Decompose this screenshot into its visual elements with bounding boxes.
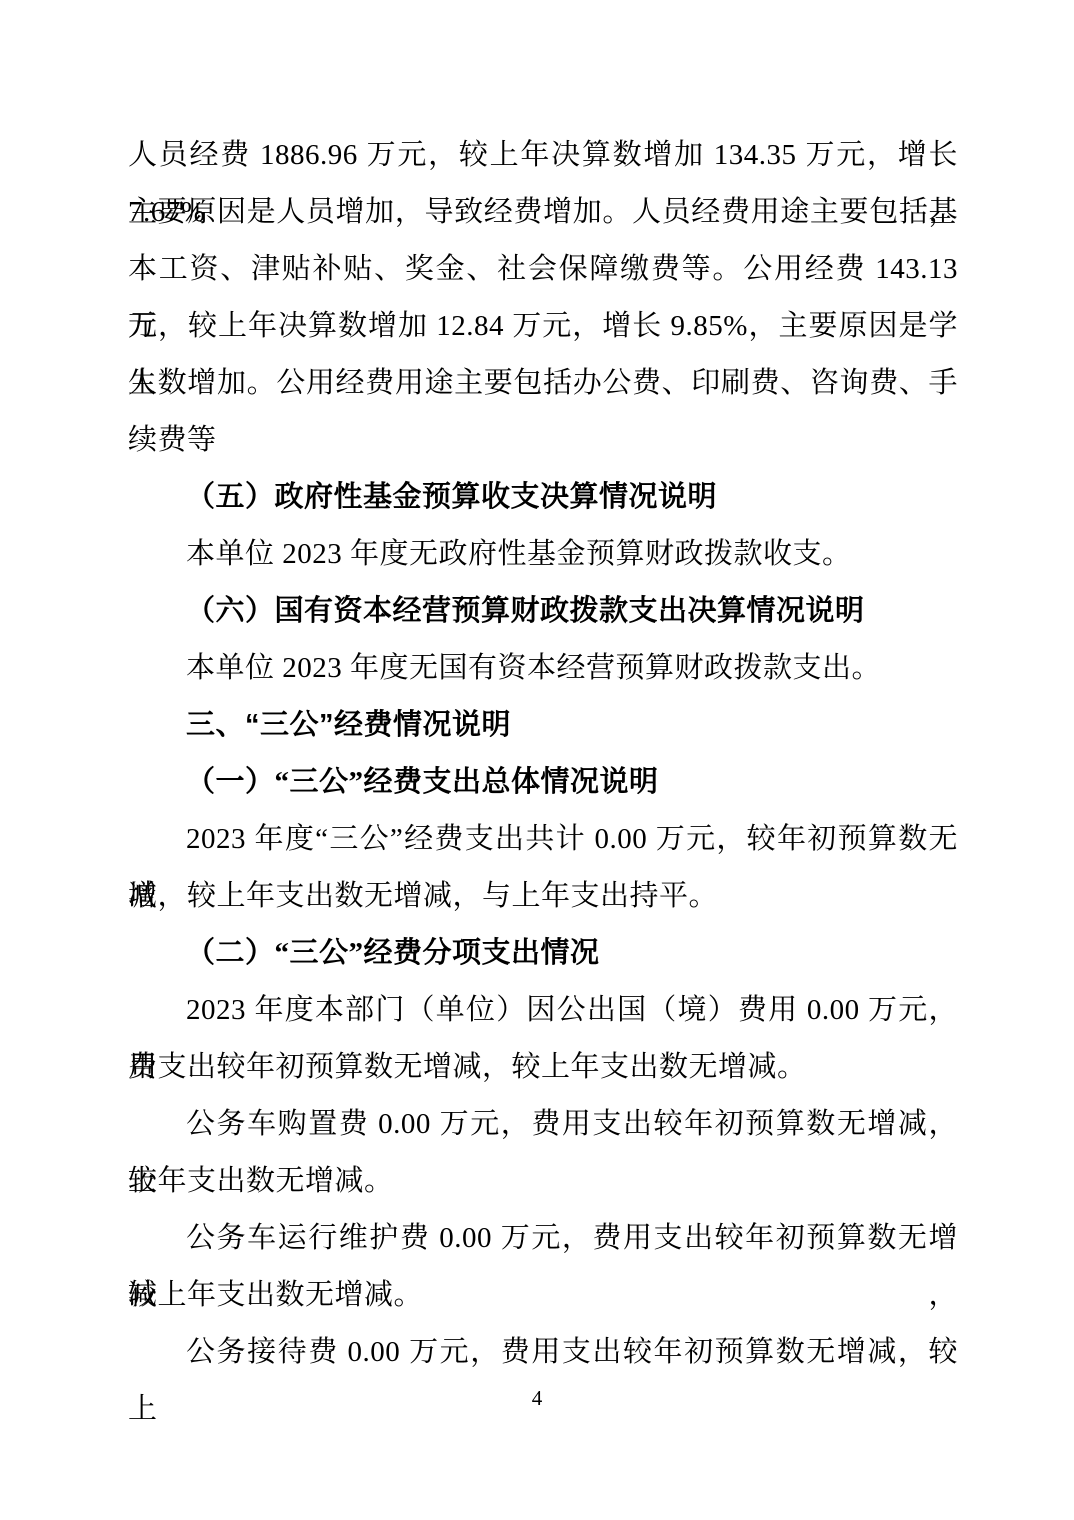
text-line: 2023 年度“三公”经费支出共计 0.00 万元，较年初预算数无增 (128, 811, 958, 868)
text-line: 公务车运行维护费 0.00 万元，费用支出较年初预算数无增减， (128, 1210, 958, 1267)
text-block: 人员经费 1886.96 万元，较上年决算数增加 134.35 万元，增长 7.… (128, 127, 958, 1381)
text-line: 人员经费 1886.96 万元，较上年决算数增加 134.35 万元，增长 7.… (128, 127, 958, 184)
heading-line: （五）政府性基金预算收支决算情况说明 (128, 469, 958, 526)
heading-line: （六）国有资本经营预算财政拨款支出决算情况说明 (128, 583, 958, 640)
heading-line: （一）“三公”经费支出总体情况说明 (128, 754, 958, 811)
page-number: 4 (0, 1384, 1074, 1412)
text-line: 本工资、津贴补贴、奖金、社会保障缴费等。公用经费 143.13 万 (128, 241, 958, 298)
text-line: 减，较上年支出数无增减，与上年支出持平。 (128, 868, 958, 925)
text-line: 主要原因是人员增加，导致经费增加。人员经费用途主要包括基 (128, 184, 958, 241)
text-line: 续费等 (128, 412, 958, 469)
text-line: 公务车购置费 0.00 万元，费用支出较年初预算数无增减，较 (128, 1096, 958, 1153)
text-line: 公务接待费 0.00 万元，费用支出较年初预算数无增减，较上 (128, 1324, 958, 1381)
text-line: 上年支出数无增减。 (128, 1153, 958, 1210)
document-page: 人员经费 1886.96 万元，较上年决算数增加 134.35 万元，增长 7.… (0, 0, 1074, 1520)
text-line: 人数增加。公用经费用途主要包括办公费、印刷费、咨询费、手 (128, 355, 958, 412)
text-line: 本单位 2023 年度无国有资本经营预算财政拨款支出。 (128, 640, 958, 697)
heading-line: （二）“三公”经费分项支出情况 (128, 925, 958, 982)
text-line: 2023 年度本部门（单位）因公出国（境）费用 0.00 万元，费 (128, 982, 958, 1039)
text-line: 本单位 2023 年度无政府性基金预算财政拨款收支。 (128, 526, 958, 583)
text-line: 元，较上年决算数增加 12.84 万元，增长 9.85%，主要原因是学生 (128, 298, 958, 355)
heading-line: 三、“三公”经费情况说明 (128, 697, 958, 754)
text-line: 用支出较年初预算数无增减，较上年支出数无增减。 (128, 1039, 958, 1096)
